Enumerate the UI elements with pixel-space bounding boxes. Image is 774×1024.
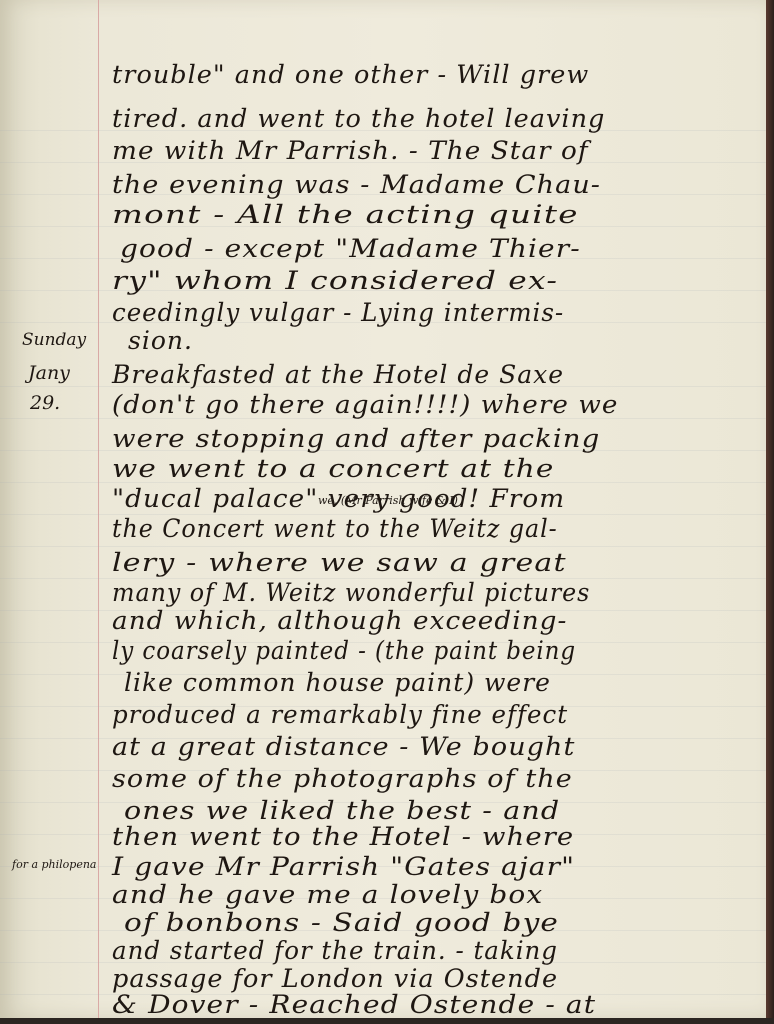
text-line: Breakfasted at the Hotel de Saxe [112,360,564,389]
text-line: then went to the Hotel - where [112,822,574,851]
text-line: and started for the train. - taking [112,936,558,965]
margin-date-month: Jany [28,362,70,384]
text-line: I gave Mr Parrish "Gates ajar" [112,852,575,881]
text-line: me with Mr Parrish. - The Star of [112,136,589,165]
text-line: trouble" and one other - Will grew [112,60,589,89]
text-line: like common house paint) were [124,668,551,697]
text-line: good - except "Madame Thier- [120,234,581,263]
text-line: we went to a concert at the [112,454,555,483]
text-line: (don't go there again!!!!) where we [112,390,619,419]
text-line: mont - All the acting quite [112,200,579,229]
text-line: of bonbons - Said good bye [124,908,559,937]
text-line: and he gave me a lovely box [112,880,543,909]
text-line: & Dover - Reached Ostende - at [112,990,596,1019]
margin-note: for a philopena [12,858,96,871]
text-line: produced a remarkably fine effect [112,700,568,729]
text-line: were stopping and after packing [112,424,600,453]
text-line: and which, although exceeding- [112,606,567,635]
text-line: ry" whom I considered ex- [112,266,558,295]
text-line: ones we liked the best - and [124,796,560,825]
book-cover-edge [766,0,774,1024]
ruled-line [0,546,766,547]
text-line: the Concert went to the Weitz gal- [112,514,558,543]
text-line: ceedingly vulgar - Lying intermis- [112,298,564,327]
text-line: tired. and went to the hotel leaving [112,104,605,133]
text-line: passage for London via Ostende [112,964,558,993]
text-line: sion. [128,326,193,355]
journal-page: Sunday Jany 29. for a philopena we, (Mr … [0,0,768,1018]
text-line: the evening was - Madame Chau- [112,170,601,199]
text-line: ly coarsely painted - (the paint being [112,636,576,665]
margin-date-number: 29. [30,392,60,414]
margin-date-day: Sunday [22,330,86,350]
text-line: "ducal palace" very good! From [112,484,565,513]
text-line: lery - where we saw a great [112,548,567,577]
text-line: many of M. Weitz wonderful pictures [112,578,590,607]
book-bottom-edge [0,1018,774,1024]
text-line: at a great distance - We bought [112,732,575,761]
text-line: some of the photographs of the [112,764,573,793]
